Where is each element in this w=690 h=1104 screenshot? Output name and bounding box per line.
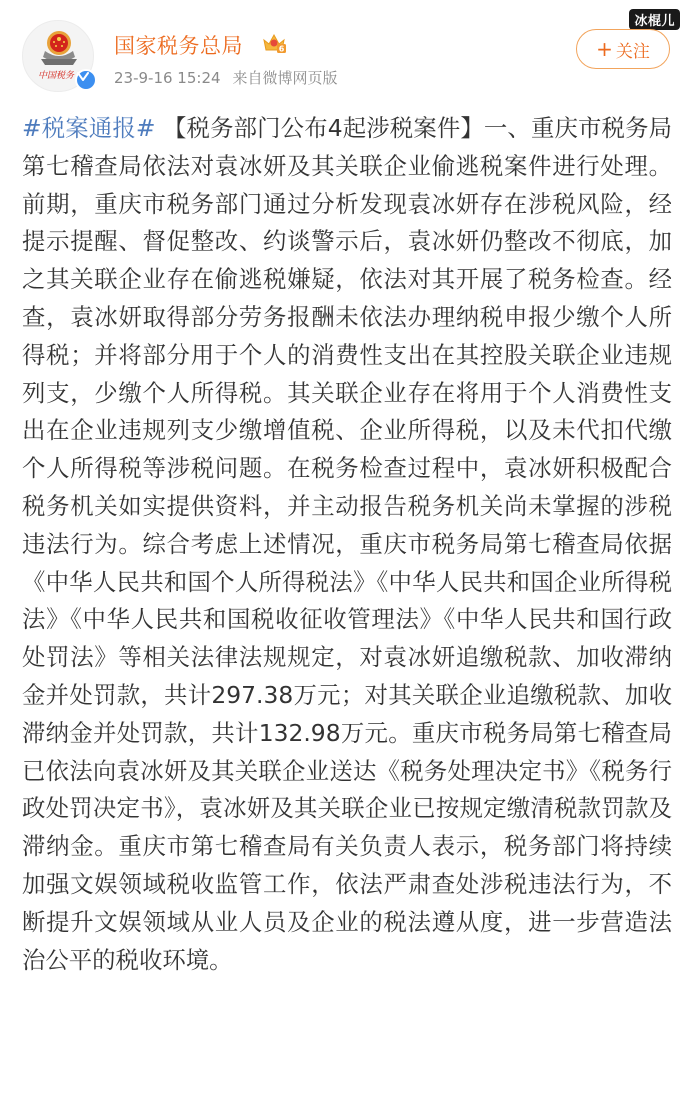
post-text: 【税务部门公布4起涉税案件】一、重庆市税务局第七稽查局依法对袁冰妍及其关联企业偷… <box>22 114 672 974</box>
post-meta: 23-9-16 15:24来自微博网页版 <box>114 67 338 88</box>
svg-text:中国税务: 中国税务 <box>38 70 75 81</box>
topic-hashtag-link[interactable]: #税案通报# <box>22 114 155 142</box>
post-source: 来自微博网页版 <box>233 69 338 87</box>
post-body: #税案通报# 【税务部门公布4起涉税案件】一、重庆市税务局第七稽查局依法对袁冰妍… <box>22 110 672 979</box>
follow-label: 关注 <box>616 37 650 62</box>
post-header: 中国税务 国家税务总局 6 23-9-16 15:24来自微博网页版 <box>22 20 672 100</box>
verified-badge-icon <box>75 69 97 91</box>
avatar[interactable]: 中国税务 <box>22 20 94 92</box>
weibo-post: 冰棍儿 中国税务 国家税务总局 <box>0 0 690 1104</box>
plus-icon: + <box>596 39 613 59</box>
author-name[interactable]: 国家税务总局 <box>114 30 243 60</box>
svg-text:6: 6 <box>279 45 285 54</box>
vip-crown-icon[interactable]: 6 <box>262 32 288 54</box>
follow-button[interactable]: + 关注 <box>576 29 670 69</box>
post-timestamp[interactable]: 23-9-16 15:24 <box>114 69 221 87</box>
